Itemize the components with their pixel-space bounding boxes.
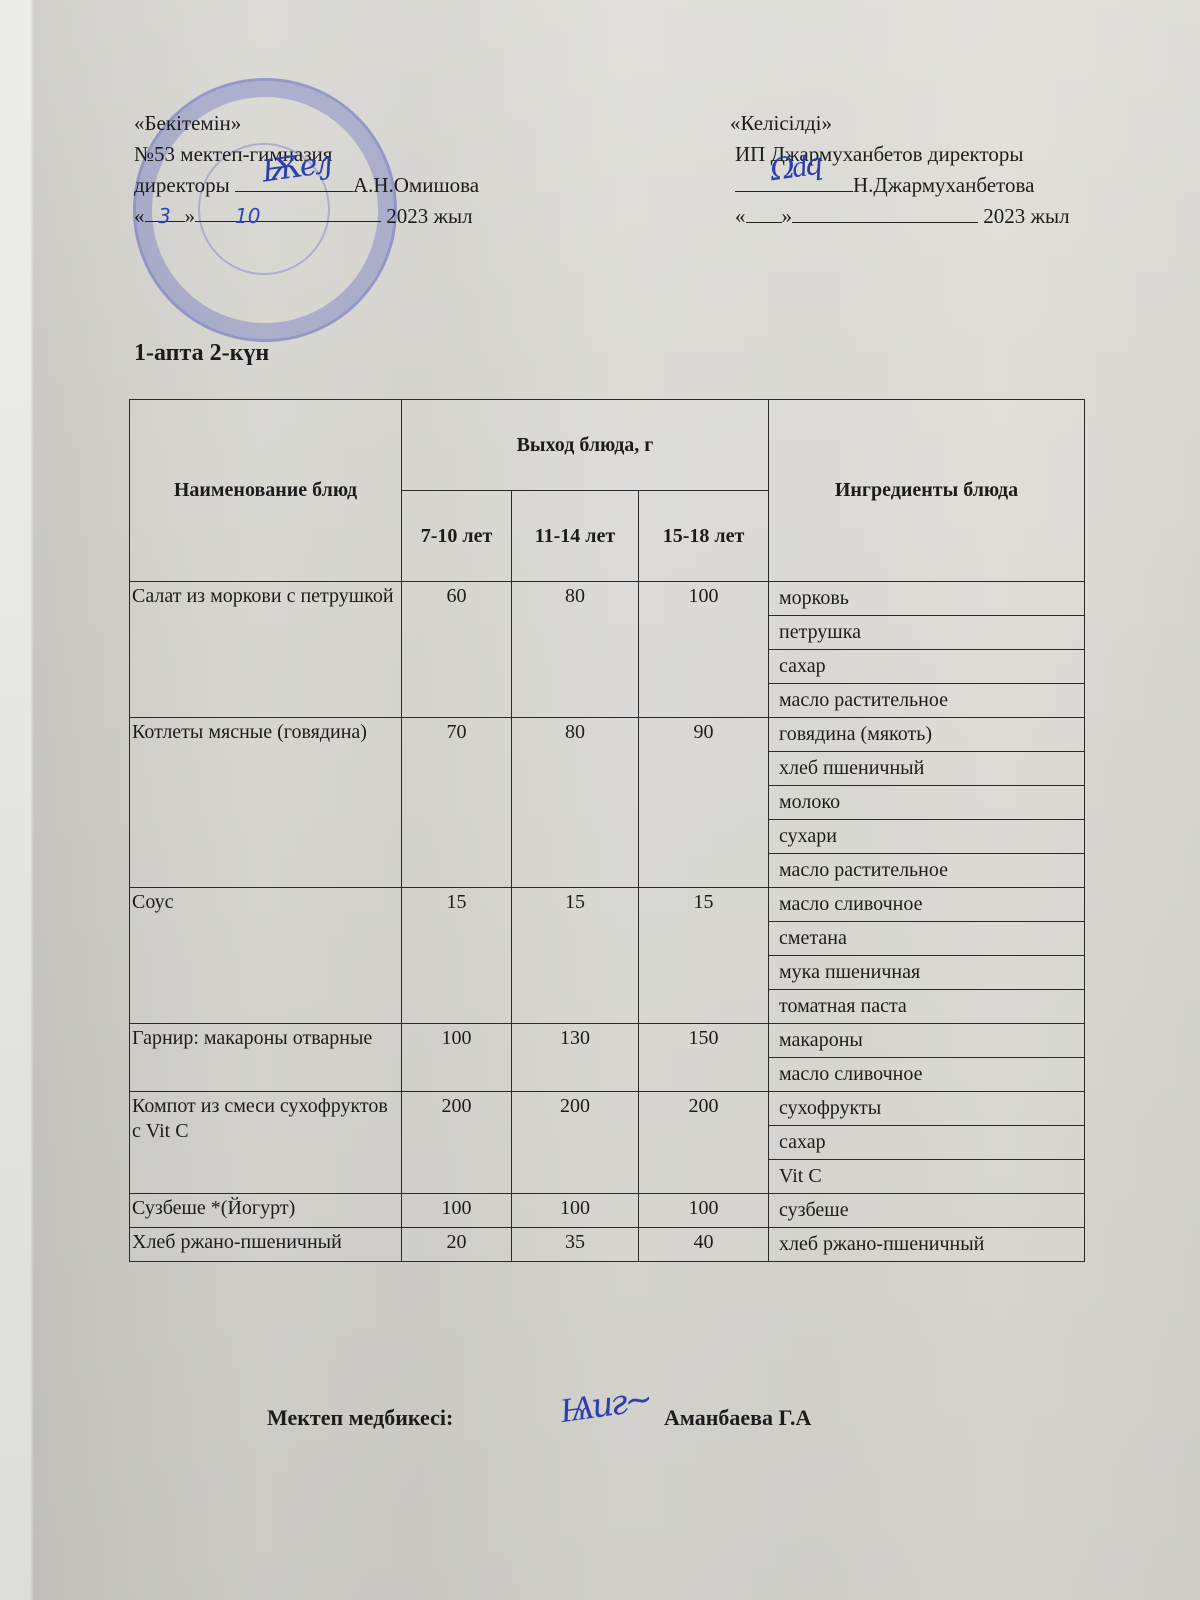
ingredient-cell: молоко bbox=[769, 786, 1085, 820]
yield-cell: 90 bbox=[639, 718, 769, 888]
ingredient-cell: макароны bbox=[769, 1024, 1085, 1058]
yield-cell: 130 bbox=[512, 1024, 639, 1092]
date-quote-close: » bbox=[782, 204, 793, 228]
menu-table: Наименование блюд Выход блюда, г Ингреди… bbox=[129, 399, 1085, 1262]
yield-cell: 100 bbox=[402, 1024, 512, 1092]
approval-date-month: 10 bbox=[195, 201, 381, 222]
yield-cell: 80 bbox=[512, 718, 639, 888]
dish-name-cell: Хлеб ржано-пшеничный bbox=[130, 1228, 402, 1262]
ingredient-cell: говядина (мякоть) bbox=[769, 718, 1085, 752]
approval-title: «Бекітемін» bbox=[134, 108, 479, 139]
yield-cell: 100 bbox=[639, 582, 769, 718]
ingredient-cell: сухофрукты bbox=[769, 1092, 1085, 1126]
yield-cell: 15 bbox=[512, 888, 639, 1024]
nurse-signature: Ѩиг~ bbox=[558, 1379, 653, 1431]
dish-name-cell: Котлеты мясные (говядина) bbox=[130, 718, 402, 888]
yield-cell: 100 bbox=[402, 1194, 512, 1228]
yield-cell: 150 bbox=[639, 1024, 769, 1092]
yield-cell: 70 bbox=[402, 718, 512, 888]
table-row: Котлеты мясные (говядина)708090говядина … bbox=[130, 718, 1085, 752]
approval-date-day: 3 bbox=[145, 201, 185, 222]
handwritten-day: 3 bbox=[158, 204, 171, 228]
ingredient-cell: Vit C bbox=[769, 1160, 1085, 1194]
dish-name-cell: Гарнир: макароны отварные bbox=[130, 1024, 402, 1092]
approval-date-line: «3»10 2023 жыл bbox=[134, 201, 479, 232]
yield-cell: 80 bbox=[512, 582, 639, 718]
agreement-date-line: «» 2023 жыл bbox=[735, 201, 1070, 232]
ingredient-cell: масло растительное bbox=[769, 684, 1085, 718]
header-age-7-10: 7-10 лет bbox=[402, 491, 512, 582]
ingredient-cell: сахар bbox=[769, 650, 1085, 684]
week-day-heading: 1-апта 2-күн bbox=[134, 340, 269, 367]
agreement-date-month bbox=[792, 202, 978, 223]
table-row: Сузбеше *(Йогурт)100100100сузбеше bbox=[130, 1194, 1085, 1228]
yield-cell: 40 bbox=[639, 1228, 769, 1262]
ingredient-cell: масло сливочное bbox=[769, 1058, 1085, 1092]
ingredient-cell: томатная паста bbox=[769, 990, 1085, 1024]
ingredient-cell: петрушка bbox=[769, 616, 1085, 650]
yield-cell: 60 bbox=[402, 582, 512, 718]
nurse-name: Аманбаева Г.А bbox=[664, 1405, 811, 1431]
ingredient-cell: мука пшеничная bbox=[769, 956, 1085, 990]
approval-name: А.Н.Омишова bbox=[353, 173, 479, 197]
yield-cell: 15 bbox=[402, 888, 512, 1024]
yield-cell: 35 bbox=[512, 1228, 639, 1262]
agreement-date-day bbox=[746, 202, 782, 223]
ingredient-cell: хлеб пшеничный bbox=[769, 752, 1085, 786]
table-row: Компот из смеси сухофруктов с Vit C20020… bbox=[130, 1092, 1085, 1126]
yield-cell: 15 bbox=[639, 888, 769, 1024]
date-quote-open: « bbox=[134, 204, 145, 228]
approval-year: 2023 жыл bbox=[386, 204, 472, 228]
handwritten-month: 10 bbox=[235, 204, 260, 228]
header-age-11-14: 11-14 лет bbox=[512, 491, 639, 582]
header-ingredients: Ингредиенты блюда bbox=[769, 400, 1085, 582]
table-row: Гарнир: макароны отварные100130150макаро… bbox=[130, 1024, 1085, 1058]
table-row: Соус151515масло сливочное bbox=[130, 888, 1085, 922]
yield-cell: 20 bbox=[402, 1228, 512, 1262]
ingredient-cell: масло растительное bbox=[769, 854, 1085, 888]
ingredient-cell: сузбеше bbox=[769, 1194, 1085, 1228]
date-quote-open: « bbox=[735, 204, 746, 228]
header-dish-name: Наименование блюд bbox=[130, 400, 402, 582]
table-row: Хлеб ржано-пшеничный203540хлеб ржано-пше… bbox=[130, 1228, 1085, 1262]
agreement-signature: Ωԁԛ bbox=[768, 147, 822, 189]
table-row: Салат из моркови с петрушкой6080100морко… bbox=[130, 582, 1085, 616]
dish-name-cell: Компот из смеси сухофруктов с Vit C bbox=[130, 1092, 402, 1194]
ingredient-cell: хлеб ржано-пшеничный bbox=[769, 1228, 1085, 1262]
dish-name-cell: Сузбеше *(Йогурт) bbox=[130, 1194, 402, 1228]
ingredient-cell: сметана bbox=[769, 922, 1085, 956]
ingredient-cell: сухари bbox=[769, 820, 1085, 854]
header-age-15-18: 15-18 лет bbox=[639, 491, 769, 582]
agreement-name: Н.Джармуханбетова bbox=[853, 173, 1034, 197]
dish-name-cell: Соус bbox=[130, 888, 402, 1024]
agreement-title: «Келісілді» bbox=[730, 108, 1070, 139]
yield-cell: 100 bbox=[639, 1194, 769, 1228]
yield-cell: 200 bbox=[402, 1092, 512, 1194]
yield-cell: 200 bbox=[639, 1092, 769, 1194]
agreement-year: 2023 жыл bbox=[983, 204, 1069, 228]
approval-role: директоры bbox=[134, 173, 230, 197]
date-quote-close: » bbox=[185, 204, 196, 228]
ingredient-cell: морковь bbox=[769, 582, 1085, 616]
dish-name-cell: Салат из моркови с петрушкой bbox=[130, 582, 402, 718]
nurse-label: Мектеп медбикесі: bbox=[267, 1405, 453, 1431]
ingredient-cell: масло сливочное bbox=[769, 888, 1085, 922]
yield-cell: 200 bbox=[512, 1092, 639, 1194]
yield-cell: 100 bbox=[512, 1194, 639, 1228]
ingredient-cell: сахар bbox=[769, 1126, 1085, 1160]
header-yield: Выход блюда, г bbox=[402, 400, 769, 491]
